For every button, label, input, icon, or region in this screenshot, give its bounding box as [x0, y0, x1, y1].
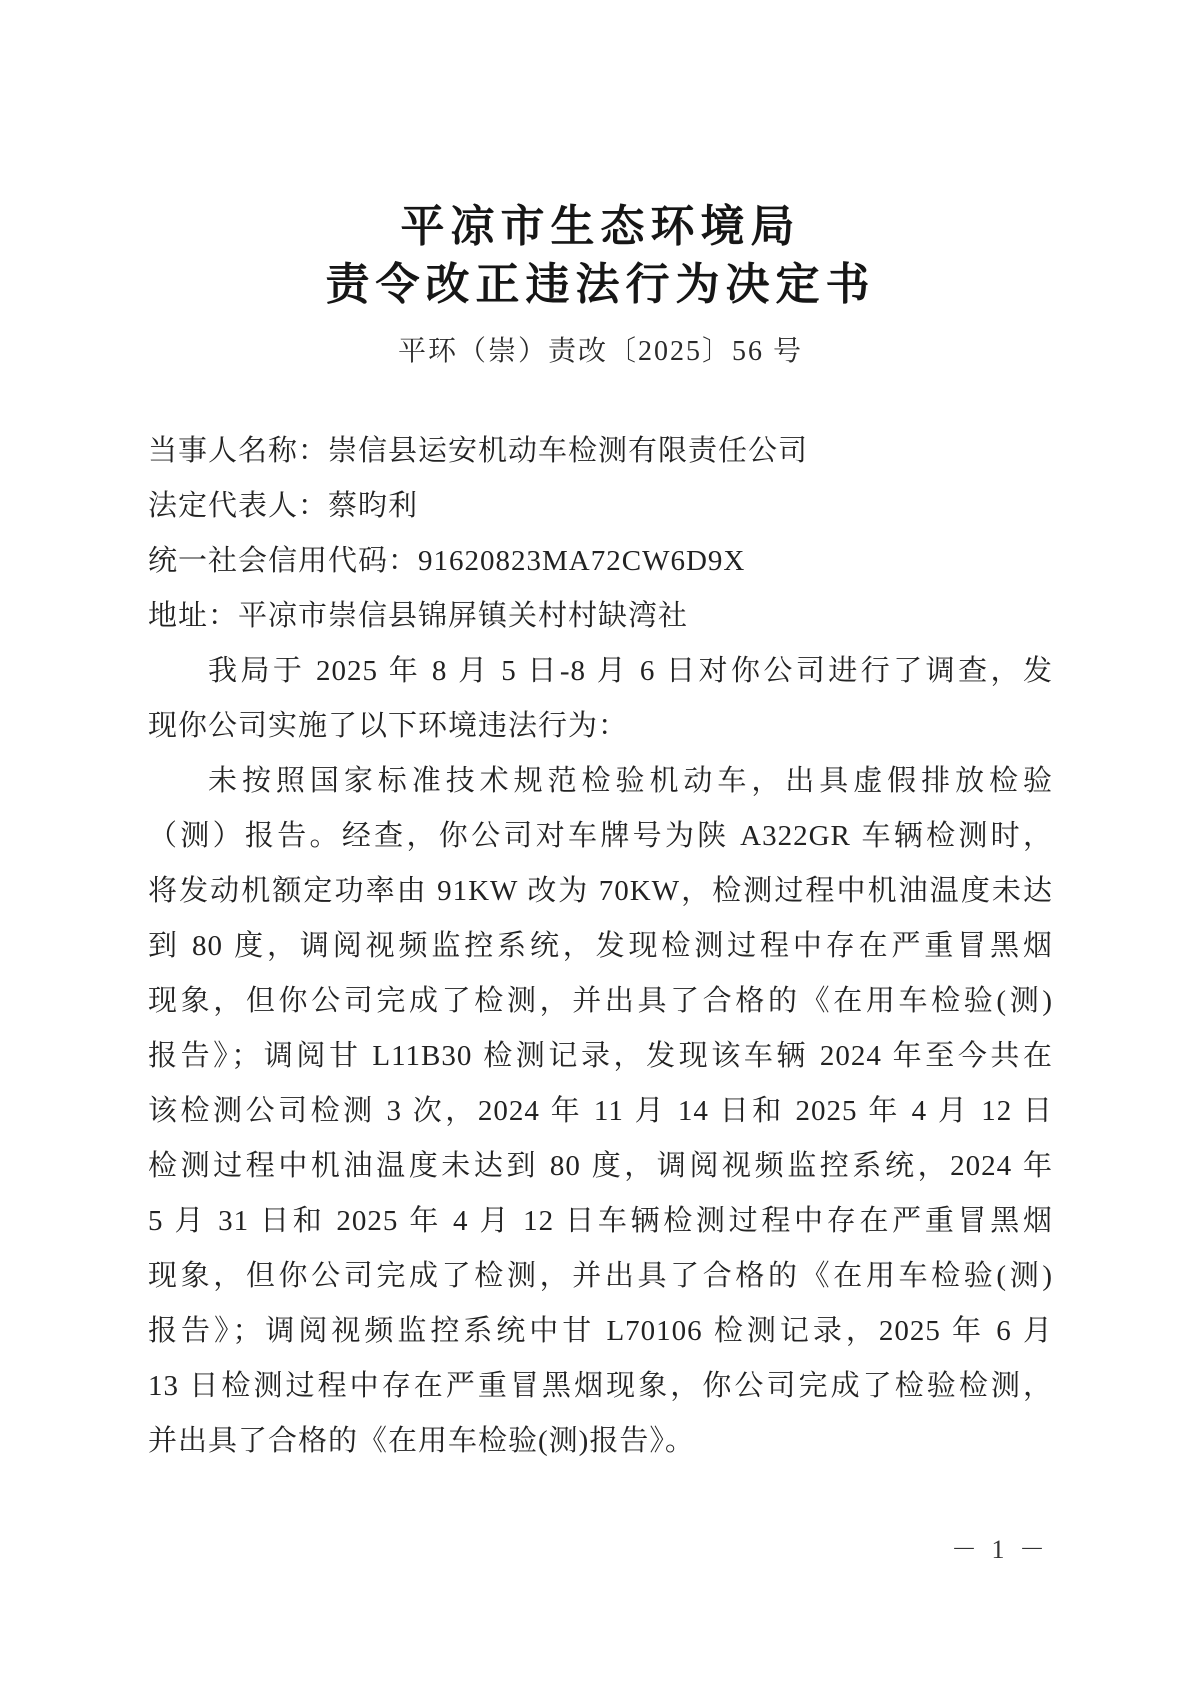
- body-line: 13 日检测过程中存在严重冒黑烟现象，你公司完成了检验检测，: [148, 1359, 1053, 1414]
- body-line: 5 月 31 日和 2025 年 4 月 12 日车辆检测过程中存在严重冒黑烟: [148, 1194, 1053, 1249]
- page-number: － 1 －: [148, 1532, 1049, 1568]
- document-body: 当事人名称：崇信县运安机动车检测有限责任公司 法定代表人：蔡昀利 统一社会信用代…: [148, 424, 1053, 1469]
- body-line: 到 80 度，调阅视频监控系统，发现检测过程中存在严重冒黑烟: [148, 919, 1053, 974]
- body-line: 该检测公司检测 3 次，2024 年 11 月 14 日和 2025 年 4 月…: [148, 1084, 1053, 1139]
- body-line: 报告》；调阅视频监控系统中甘 L70106 检测记录，2025 年 6 月: [148, 1304, 1053, 1359]
- document-type-title: 责令改正违法行为决定书: [148, 256, 1053, 314]
- document-content: 平凉市生态环境局 责令改正违法行为决定书 平环（崇）责改〔2025〕56 号 当…: [148, 0, 1053, 1469]
- body-line: 未按照国家标准技术规范检验机动车，出具虚假排放检验: [148, 754, 1053, 809]
- issuer-title: 平凉市生态环境局: [148, 198, 1053, 256]
- body-line: 并出具了合格的《在用车检验(测)报告》。: [148, 1414, 1053, 1469]
- body-line: 将发动机额定功率由 91KW 改为 70KW，检测过程中机油温度未达: [148, 864, 1053, 919]
- body-line: 我局于 2025 年 8 月 5 日-8 月 6 日对你公司进行了调查，发: [148, 644, 1053, 699]
- field-credit-code: 统一社会信用代码：91620823MA72CW6D9X: [148, 534, 1053, 589]
- body-line: 现象，但你公司完成了检测，并出具了合格的《在用车检验(测): [148, 1249, 1053, 1304]
- field-legal-representative: 法定代表人：蔡昀利: [148, 479, 1053, 534]
- body-line: 现你公司实施了以下环境违法行为：: [148, 699, 1053, 754]
- body-line: 报告》；调阅甘 L11B30 检测记录，发现该车辆 2024 年至今共在: [148, 1029, 1053, 1084]
- field-party-name: 当事人名称：崇信县运安机动车检测有限责任公司: [148, 424, 1053, 479]
- body-line: 现象，但你公司完成了检测，并出具了合格的《在用车检验(测): [148, 974, 1053, 1029]
- field-address: 地址：平凉市崇信县锦屏镇关村村缺湾社: [148, 589, 1053, 644]
- body-line: （测）报告。经查，你公司对车牌号为陕 A322GR 车辆检测时，: [148, 809, 1053, 864]
- document-number: 平环（崇）责改〔2025〕56 号: [148, 332, 1053, 372]
- body-line: 检测过程中机油温度未达到 80 度，调阅视频监控系统，2024 年: [148, 1139, 1053, 1194]
- document-title-block: 平凉市生态环境局 责令改正违法行为决定书: [148, 198, 1053, 314]
- document-page: 平凉市生态环境局 责令改正违法行为决定书 平环（崇）责改〔2025〕56 号 当…: [0, 0, 1199, 1696]
